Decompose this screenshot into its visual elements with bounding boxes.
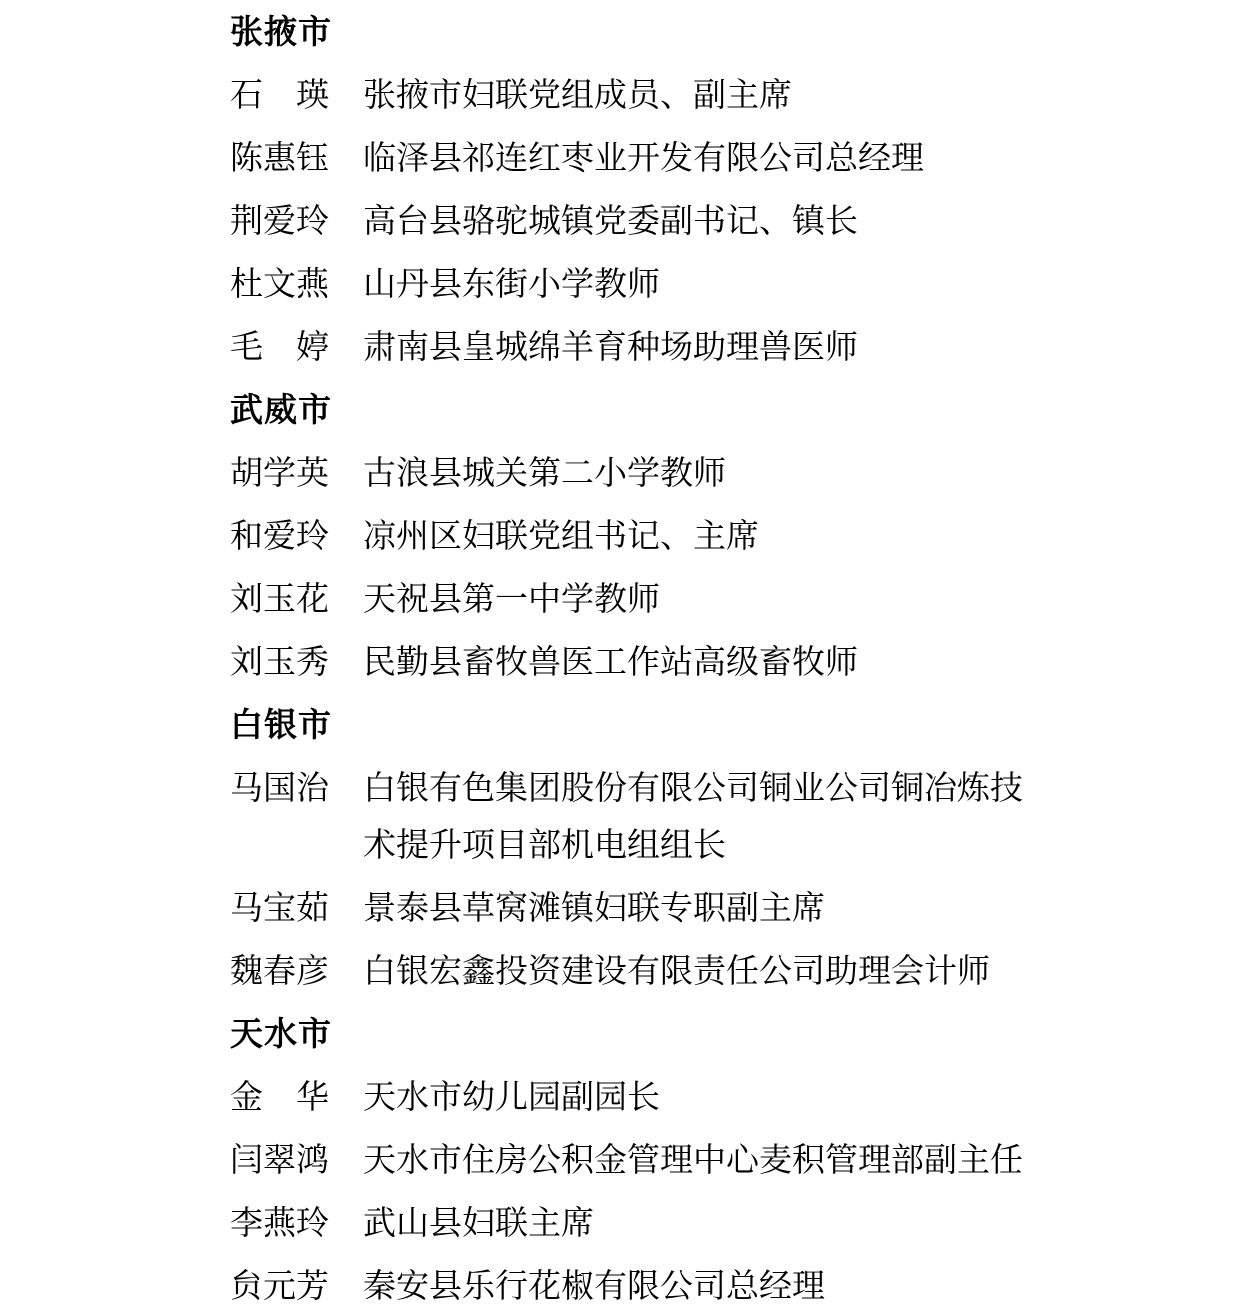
list-item: 杜文燕 山丹县东街小学教师 — [230, 255, 1240, 312]
list-item: 胡学英 古浪县城关第二小学教师 — [230, 444, 1240, 501]
list-item: 毛 婷 肃南县皇城绵羊育种场助理兽医师 — [230, 318, 1240, 375]
list-item: 刘玉秀 民勤县畜牧兽医工作站高级畜牧师 — [230, 633, 1240, 690]
person-name: 刘玉秀 — [230, 633, 363, 690]
person-title: 临泽县祁连红枣业开发有限公司总经理 — [363, 129, 1025, 186]
list-item: 刘玉花 天祝县第一中学教师 — [230, 570, 1240, 627]
person-name: 闫翠鸿 — [230, 1131, 363, 1188]
person-title: 武山县妇联主席 — [363, 1194, 1025, 1251]
person-name: 马宝茹 — [230, 879, 363, 936]
city-section: 白银市 马国治 白银有色集团股份有限公司铜业公司铜冶炼技术提升项目部机电组组长 … — [230, 696, 1240, 999]
person-title: 天水市住房公积金管理中心麦积管理部副主任 — [363, 1131, 1025, 1188]
person-title: 凉州区妇联党组书记、主席 — [363, 507, 1025, 564]
list-item: 石 瑛 张掖市妇联党组成员、副主席 — [230, 66, 1240, 123]
list-item: 陈惠钰 临泽县祁连红枣业开发有限公司总经理 — [230, 129, 1240, 186]
city-header: 武威市 — [230, 381, 1240, 438]
list-item: 魏春彦 白银宏鑫投资建设有限责任公司助理会计师 — [230, 942, 1240, 999]
list-item: 金 华 天水市幼儿园副园长 — [230, 1068, 1240, 1125]
city-section: 张掖市 石 瑛 张掖市妇联党组成员、副主席 陈惠钰 临泽县祁连红枣业开发有限公司… — [230, 3, 1240, 375]
person-title: 古浪县城关第二小学教师 — [363, 444, 1025, 501]
person-name: 毛 婷 — [230, 318, 363, 375]
person-name: 魏春彦 — [230, 942, 363, 999]
person-title: 天水市幼儿园副园长 — [363, 1068, 1025, 1125]
person-title: 民勤县畜牧兽医工作站高级畜牧师 — [363, 633, 1025, 690]
person-title: 山丹县东街小学教师 — [363, 255, 1025, 312]
list-item: 马宝茹 景泰县草窝滩镇妇联专职副主席 — [230, 879, 1240, 936]
person-name: 刘玉花 — [230, 570, 363, 627]
city-header: 天水市 — [230, 1005, 1240, 1062]
list-item: 马国治 白银有色集团股份有限公司铜业公司铜冶炼技术提升项目部机电组组长 — [230, 759, 1240, 873]
person-name: 贠元芳 — [230, 1257, 363, 1313]
person-title: 景泰县草窝滩镇妇联专职副主席 — [363, 879, 1025, 936]
person-name: 杜文燕 — [230, 255, 363, 312]
person-title: 白银宏鑫投资建设有限责任公司助理会计师 — [363, 942, 1025, 999]
person-name: 金 华 — [230, 1068, 363, 1125]
award-roster-document: 张掖市 石 瑛 张掖市妇联党组成员、副主席 陈惠钰 临泽县祁连红枣业开发有限公司… — [0, 0, 1240, 1313]
person-name: 陈惠钰 — [230, 129, 363, 186]
city-section: 天水市 金 华 天水市幼儿园副园长 闫翠鸿 天水市住房公积金管理中心麦积管理部副… — [230, 1005, 1240, 1313]
person-name: 和爱玲 — [230, 507, 363, 564]
list-item: 和爱玲 凉州区妇联党组书记、主席 — [230, 507, 1240, 564]
person-title: 张掖市妇联党组成员、副主席 — [363, 66, 1025, 123]
list-item: 荆爱玲 高台县骆驼城镇党委副书记、镇长 — [230, 192, 1240, 249]
person-name: 李燕玲 — [230, 1194, 363, 1251]
person-name: 石 瑛 — [230, 66, 363, 123]
person-title: 高台县骆驼城镇党委副书记、镇长 — [363, 192, 1025, 249]
city-header: 白银市 — [230, 696, 1240, 753]
city-section: 武威市 胡学英 古浪县城关第二小学教师 和爱玲 凉州区妇联党组书记、主席 刘玉花… — [230, 381, 1240, 690]
city-header: 张掖市 — [230, 3, 1240, 60]
list-item: 闫翠鸿 天水市住房公积金管理中心麦积管理部副主任 — [230, 1131, 1240, 1188]
person-title: 白银有色集团股份有限公司铜业公司铜冶炼技术提升项目部机电组组长 — [363, 759, 1025, 873]
person-title: 肃南县皇城绵羊育种场助理兽医师 — [363, 318, 1025, 375]
person-name: 马国治 — [230, 759, 363, 816]
list-item: 李燕玲 武山县妇联主席 — [230, 1194, 1240, 1251]
person-name: 荆爱玲 — [230, 192, 363, 249]
person-name: 胡学英 — [230, 444, 363, 501]
person-title: 秦安县乐行花椒有限公司总经理 — [363, 1257, 1025, 1313]
person-title: 天祝县第一中学教师 — [363, 570, 1025, 627]
list-item: 贠元芳 秦安县乐行花椒有限公司总经理 — [230, 1257, 1240, 1313]
